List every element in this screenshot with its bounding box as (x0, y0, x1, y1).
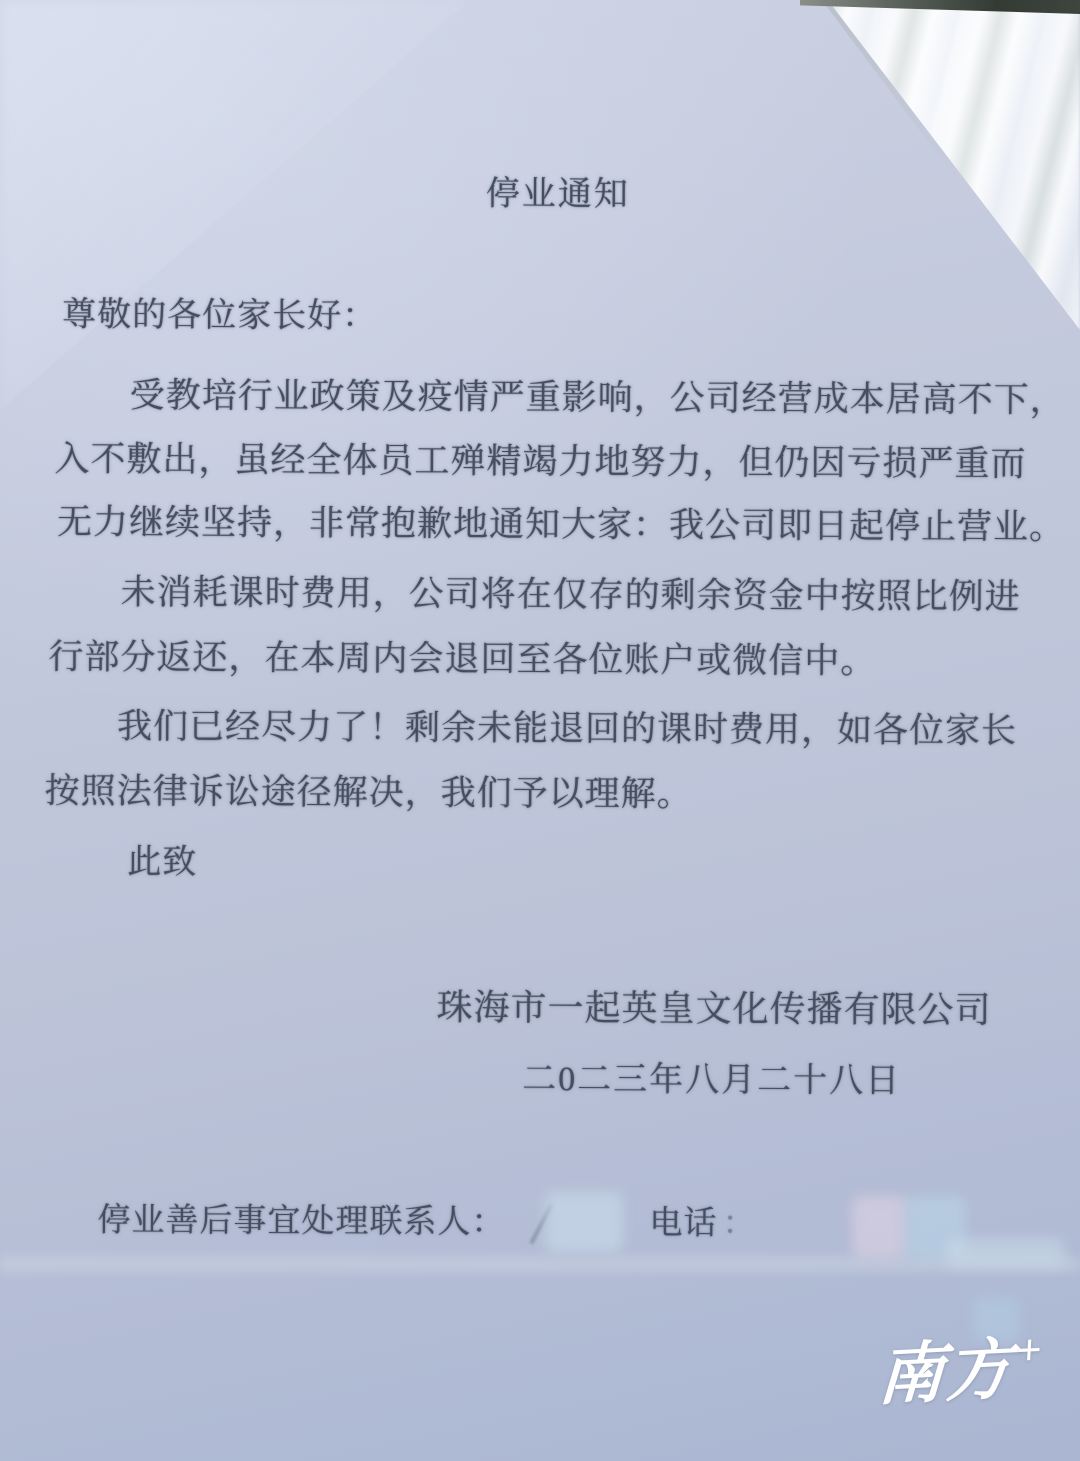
closing-line: 此致 (127, 834, 197, 883)
redacted-contact-name (545, 1192, 623, 1252)
redacted-phone-number (946, 1238, 1064, 1268)
redacted-phone-number (852, 1196, 908, 1258)
body-line-7: 按照法律诉讼途径解决，我们予以理解。 (45, 763, 693, 816)
phone-label: 电话 (649, 1197, 717, 1244)
body-line-3: 无力继续坚持，非常抱歉地通知大家：我公司即日起停止营业。 (57, 494, 1065, 549)
company-signature: 珠海市一起英皇文化传播有限公司 (436, 979, 991, 1033)
body-line-4: 未消耗课时费用，公司将在仅存的剩余资金中按照比例进 (121, 565, 1021, 620)
watermark-brand-text: 南方 (876, 1333, 1016, 1413)
photographed-notice: 停业通知 尊敬的各位家长好： 受教培行业政策及疫情严重影响，公司经营成本居高不下… (0, 0, 1080, 1461)
signature-date: 二0二三年八月二十八日 (522, 1051, 901, 1102)
contact-line: 停业善后事宜处理联系人： 电话 ： (97, 1194, 505, 1243)
body-line-2: 入不敷出，虽经全体员工殚精竭力地努力，但仍因亏损严重而 (54, 431, 1026, 486)
body-line-1: 受教培行业政策及疫情严重影响，公司经营成本居高不下， (130, 368, 1066, 423)
nanfang-plus-watermark: 南方+ (875, 1313, 1050, 1422)
plus-icon: + (1015, 1325, 1043, 1376)
phone-colon: ： (722, 1197, 756, 1244)
contact-label: 停业善后事宜处理联系人： (97, 1203, 505, 1241)
salutation-line: 尊敬的各位家长好： (62, 286, 377, 337)
notice-title: 停业通知 (18, 163, 1080, 218)
body-line-5: 行部分返还，在本周内会退回至各位账户或微信中。 (48, 629, 876, 683)
body-line-6: 我们已经尽力了！剩余未能退回的课时费用，如各位家长 (117, 699, 1017, 754)
